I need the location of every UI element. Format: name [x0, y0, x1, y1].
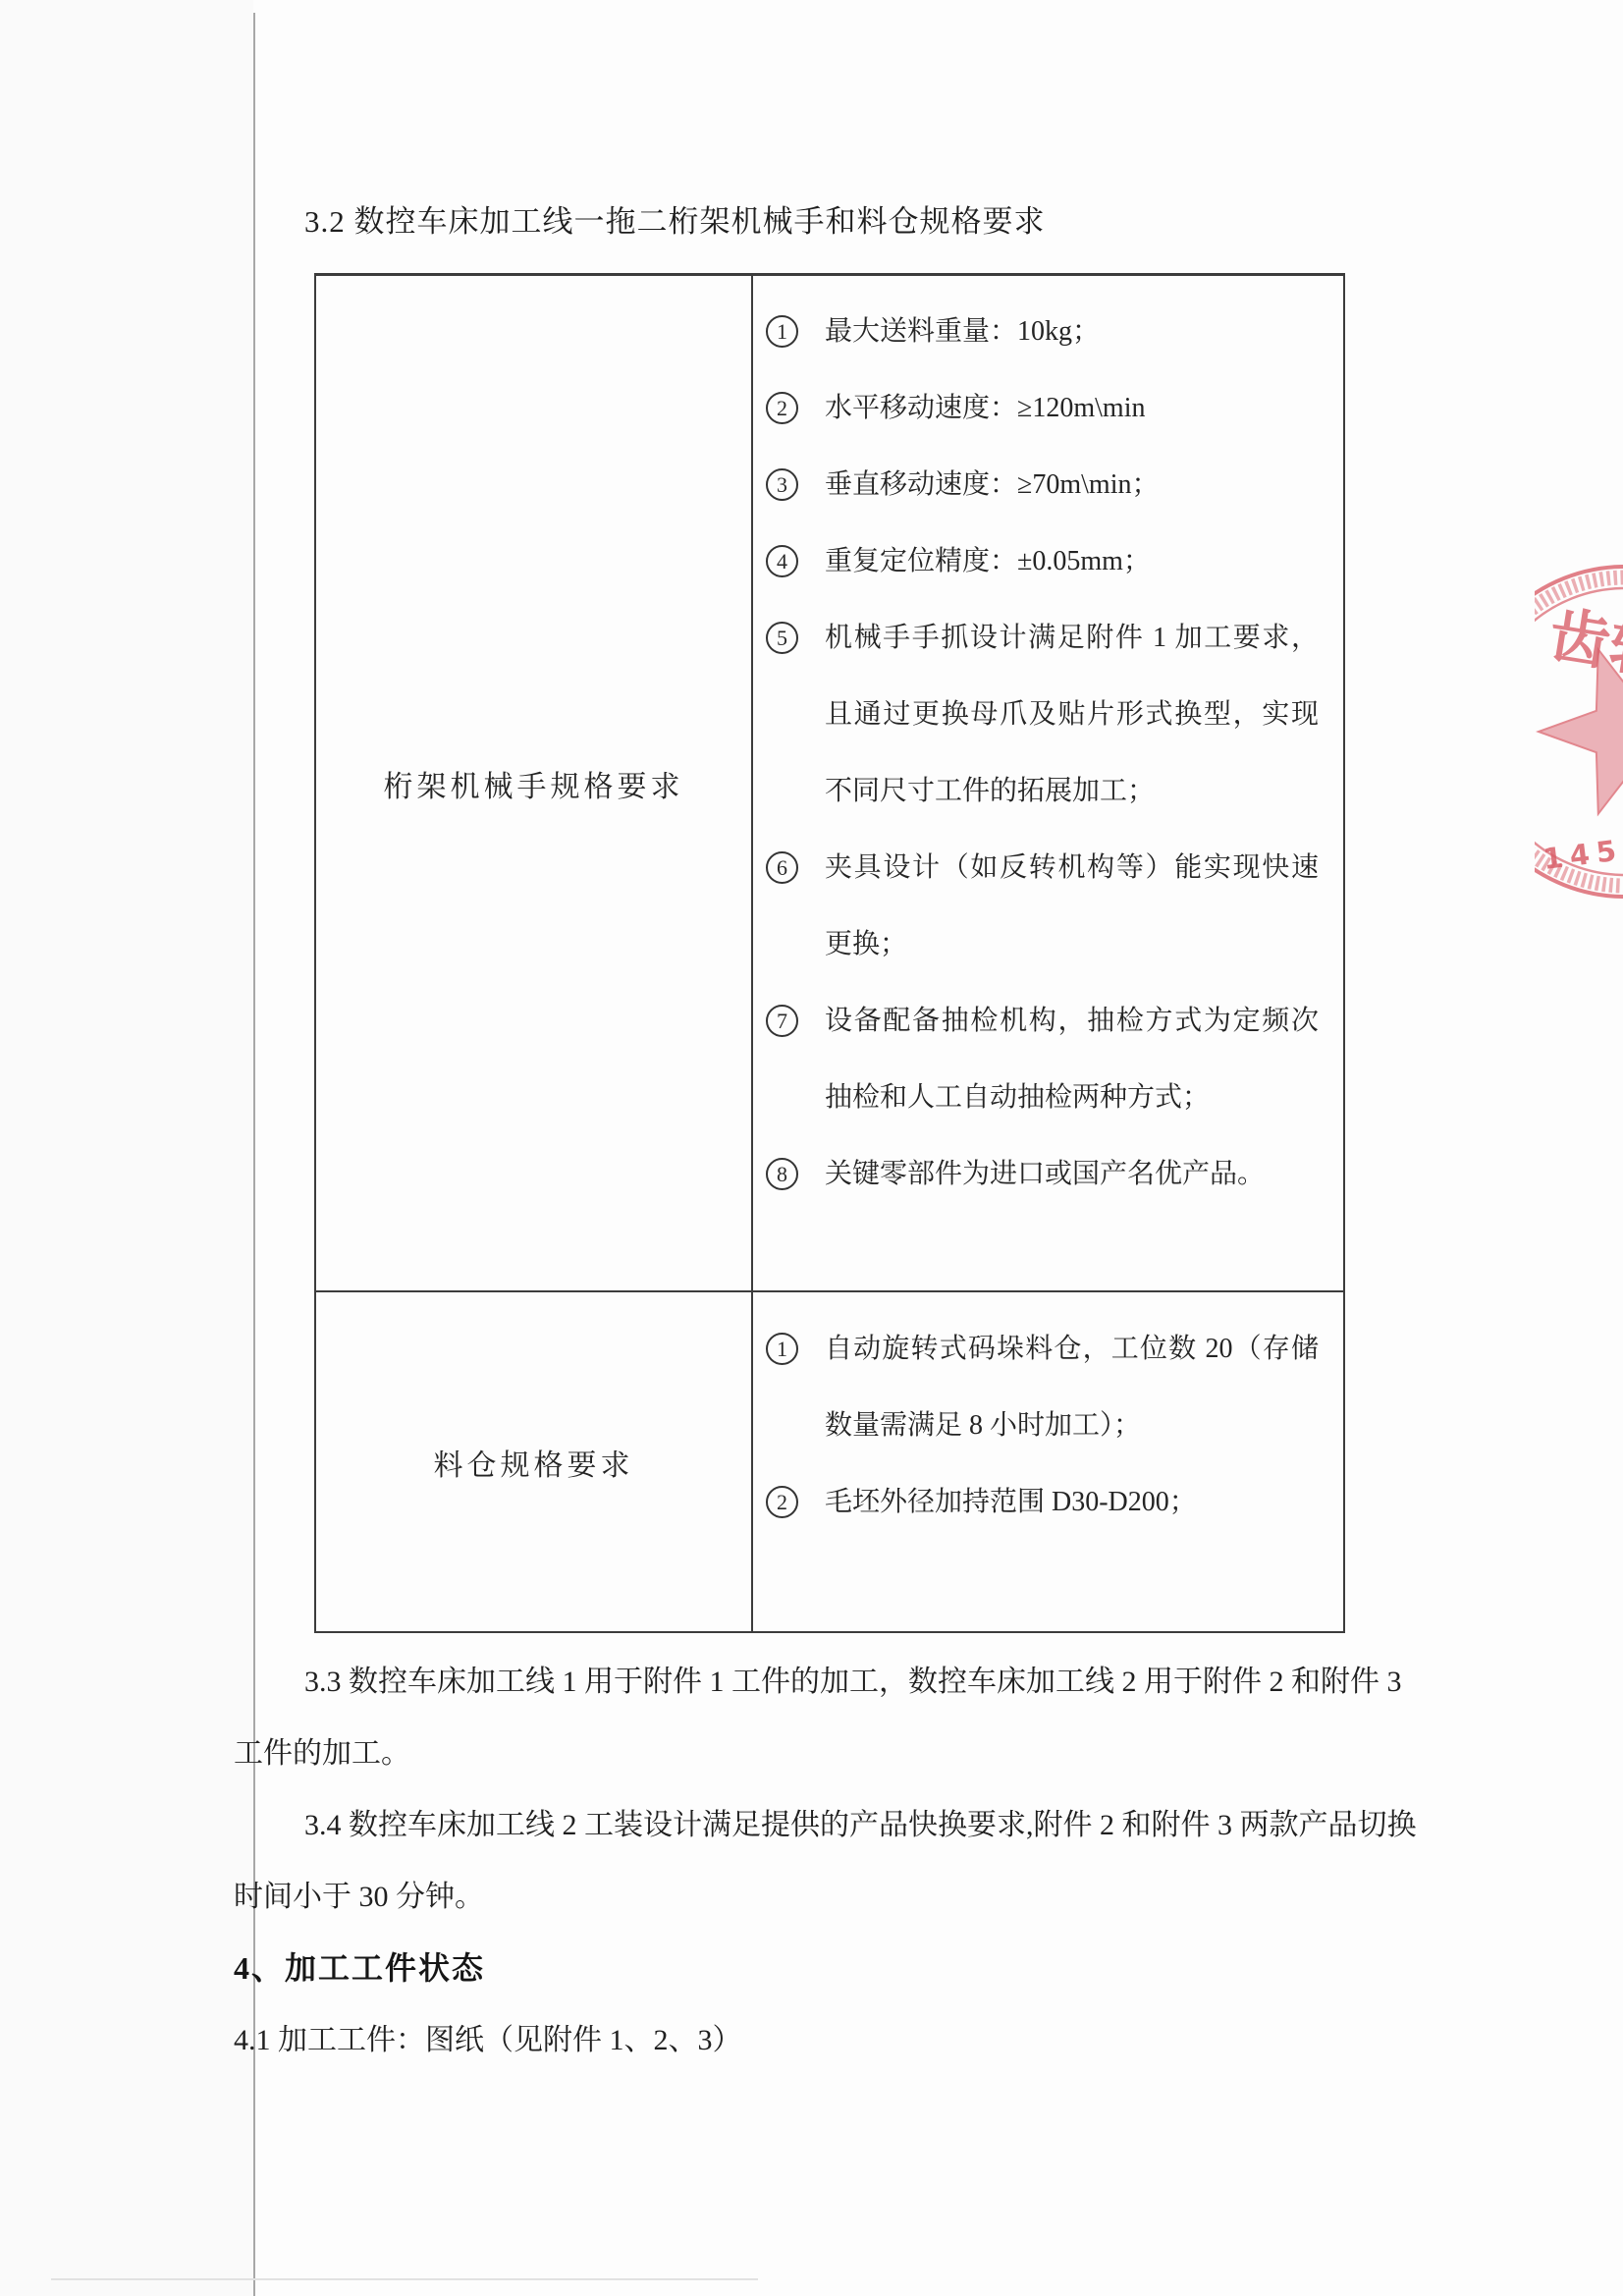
circled-number: 2: [766, 392, 798, 424]
circled-number: 4: [766, 545, 798, 577]
spec-item-text: 重复定位精度：±0.05mm；: [825, 546, 1151, 576]
spec-item-text: 设备配备抽检机构，抽检方式为定频次抽检和人工自动抽检两种方式；: [825, 1006, 1319, 1113]
spec-item: 6 夹具设计（如反转机构等）能实现快速更换；: [766, 830, 1319, 983]
circled-number: 5: [766, 622, 798, 654]
spec-item-text: 关键零部件为进口或国产名优产品。: [825, 1159, 1265, 1189]
spec-item-text: 夹具设计（如反转机构等）能实现快速更换；: [825, 852, 1319, 959]
paragraph-3-4-line1: 3.4 数控车床加工线 2 工装设计满足提供的产品快换要求,附件 2 和附件 3…: [234, 1789, 1510, 1861]
table-cell-magazine-specs: 1 自动旋转式码垛料仓，工位数 20（存储数量需满足 8 小时加工）； 2 毛坯…: [753, 1292, 1343, 1631]
spec-item: 8 关键零部件为进口或国产名优产品。: [766, 1136, 1319, 1213]
spec-item: 1 自动旋转式码垛料仓，工位数 20（存储数量需满足 8 小时加工）；: [766, 1311, 1319, 1464]
spec-item-text: 毛坯外径加持范围 D30-D200；: [825, 1487, 1197, 1517]
circled-number: 6: [766, 851, 798, 884]
spec-item: 2 毛坯外径加持范围 D30-D200；: [766, 1464, 1319, 1541]
spec-item: 1 最大送料重量：10kg；: [766, 294, 1319, 370]
scanned-document-page: 3.2 数控车床加工线一拖二桁架机械手和料仓规格要求 桁架机械手规格要求 1 最…: [0, 0, 1623, 2296]
spec-item: 3 垂直移动速度：≥70m\min；: [766, 447, 1319, 523]
spec-item: 2 水平移动速度：≥120m\min: [766, 370, 1319, 447]
spec-item-text: 最大送料重量：10kg；: [825, 316, 1100, 347]
circled-number: 7: [766, 1005, 798, 1037]
paragraph-4-1: 4.1 加工工件：图纸（见附件 1、2、3）: [234, 2004, 1510, 2076]
body-text: 3.3 数控车床加工线 1 用于附件 1 工件的加工，数控车床加工线 2 用于附…: [234, 1646, 1510, 2076]
circled-number: 1: [766, 315, 798, 348]
spec-item-text: 自动旋转式码垛料仓，工位数 20（存储数量需满足 8 小时加工）；: [825, 1334, 1319, 1441]
paragraph-3-4-line2: 时间小于 30 分钟。: [234, 1861, 1510, 1933]
circled-number: 1: [766, 1333, 798, 1365]
spec-item: 4 重复定位精度：±0.05mm；: [766, 523, 1319, 600]
circled-number: 8: [766, 1158, 798, 1190]
section-4-heading: 4、加工工件状态: [234, 1933, 1510, 2004]
red-cross-page-seal: 齿轮 1453: [1535, 545, 1623, 913]
seal-partial-characters: 齿轮: [1544, 599, 1623, 689]
scan-artifact-line: [51, 2278, 758, 2280]
spec-item-text: 垂直移动速度：≥70m\min；: [825, 469, 1160, 500]
seal-graphic: 齿轮 1453: [1535, 545, 1623, 913]
spec-item-text: 机械手手抓设计满足附件 1 加工要求，且通过更换母爪及贴片形式换型，实现不同尺寸…: [825, 623, 1319, 806]
seal-star: [1539, 649, 1623, 813]
circled-number: 3: [766, 468, 798, 501]
spec-table: 桁架机械手规格要求 1 最大送料重量：10kg； 2 水平移动速度：≥120m\…: [314, 273, 1345, 1633]
page-fold-strip: [0, 0, 253, 2296]
circled-number: 2: [766, 1486, 798, 1518]
table-row-label-magazine: 料仓规格要求: [316, 1292, 753, 1631]
spec-item: 7 设备配备抽检机构，抽检方式为定频次抽检和人工自动抽检两种方式；: [766, 983, 1319, 1136]
spec-item: 5 机械手手抓设计满足附件 1 加工要求，且通过更换母爪及贴片形式换型，实现不同…: [766, 600, 1319, 830]
section-3-2-title: 3.2 数控车床加工线一拖二桁架机械手和料仓规格要求: [304, 196, 1046, 241]
paragraph-3-3-line1: 3.3 数控车床加工线 1 用于附件 1 工件的加工，数控车床加工线 2 用于附…: [234, 1646, 1510, 1718]
table-cell-gantry-specs: 1 最大送料重量：10kg； 2 水平移动速度：≥120m\min 3 垂直移动…: [753, 276, 1343, 1292]
seal-number: 1453: [1542, 830, 1623, 876]
paragraph-3-3-line2: 工件的加工。: [234, 1718, 1510, 1789]
table-row-label-gantry: 桁架机械手规格要求: [316, 276, 753, 1292]
spec-item-text: 水平移动速度：≥120m\min: [825, 393, 1146, 423]
